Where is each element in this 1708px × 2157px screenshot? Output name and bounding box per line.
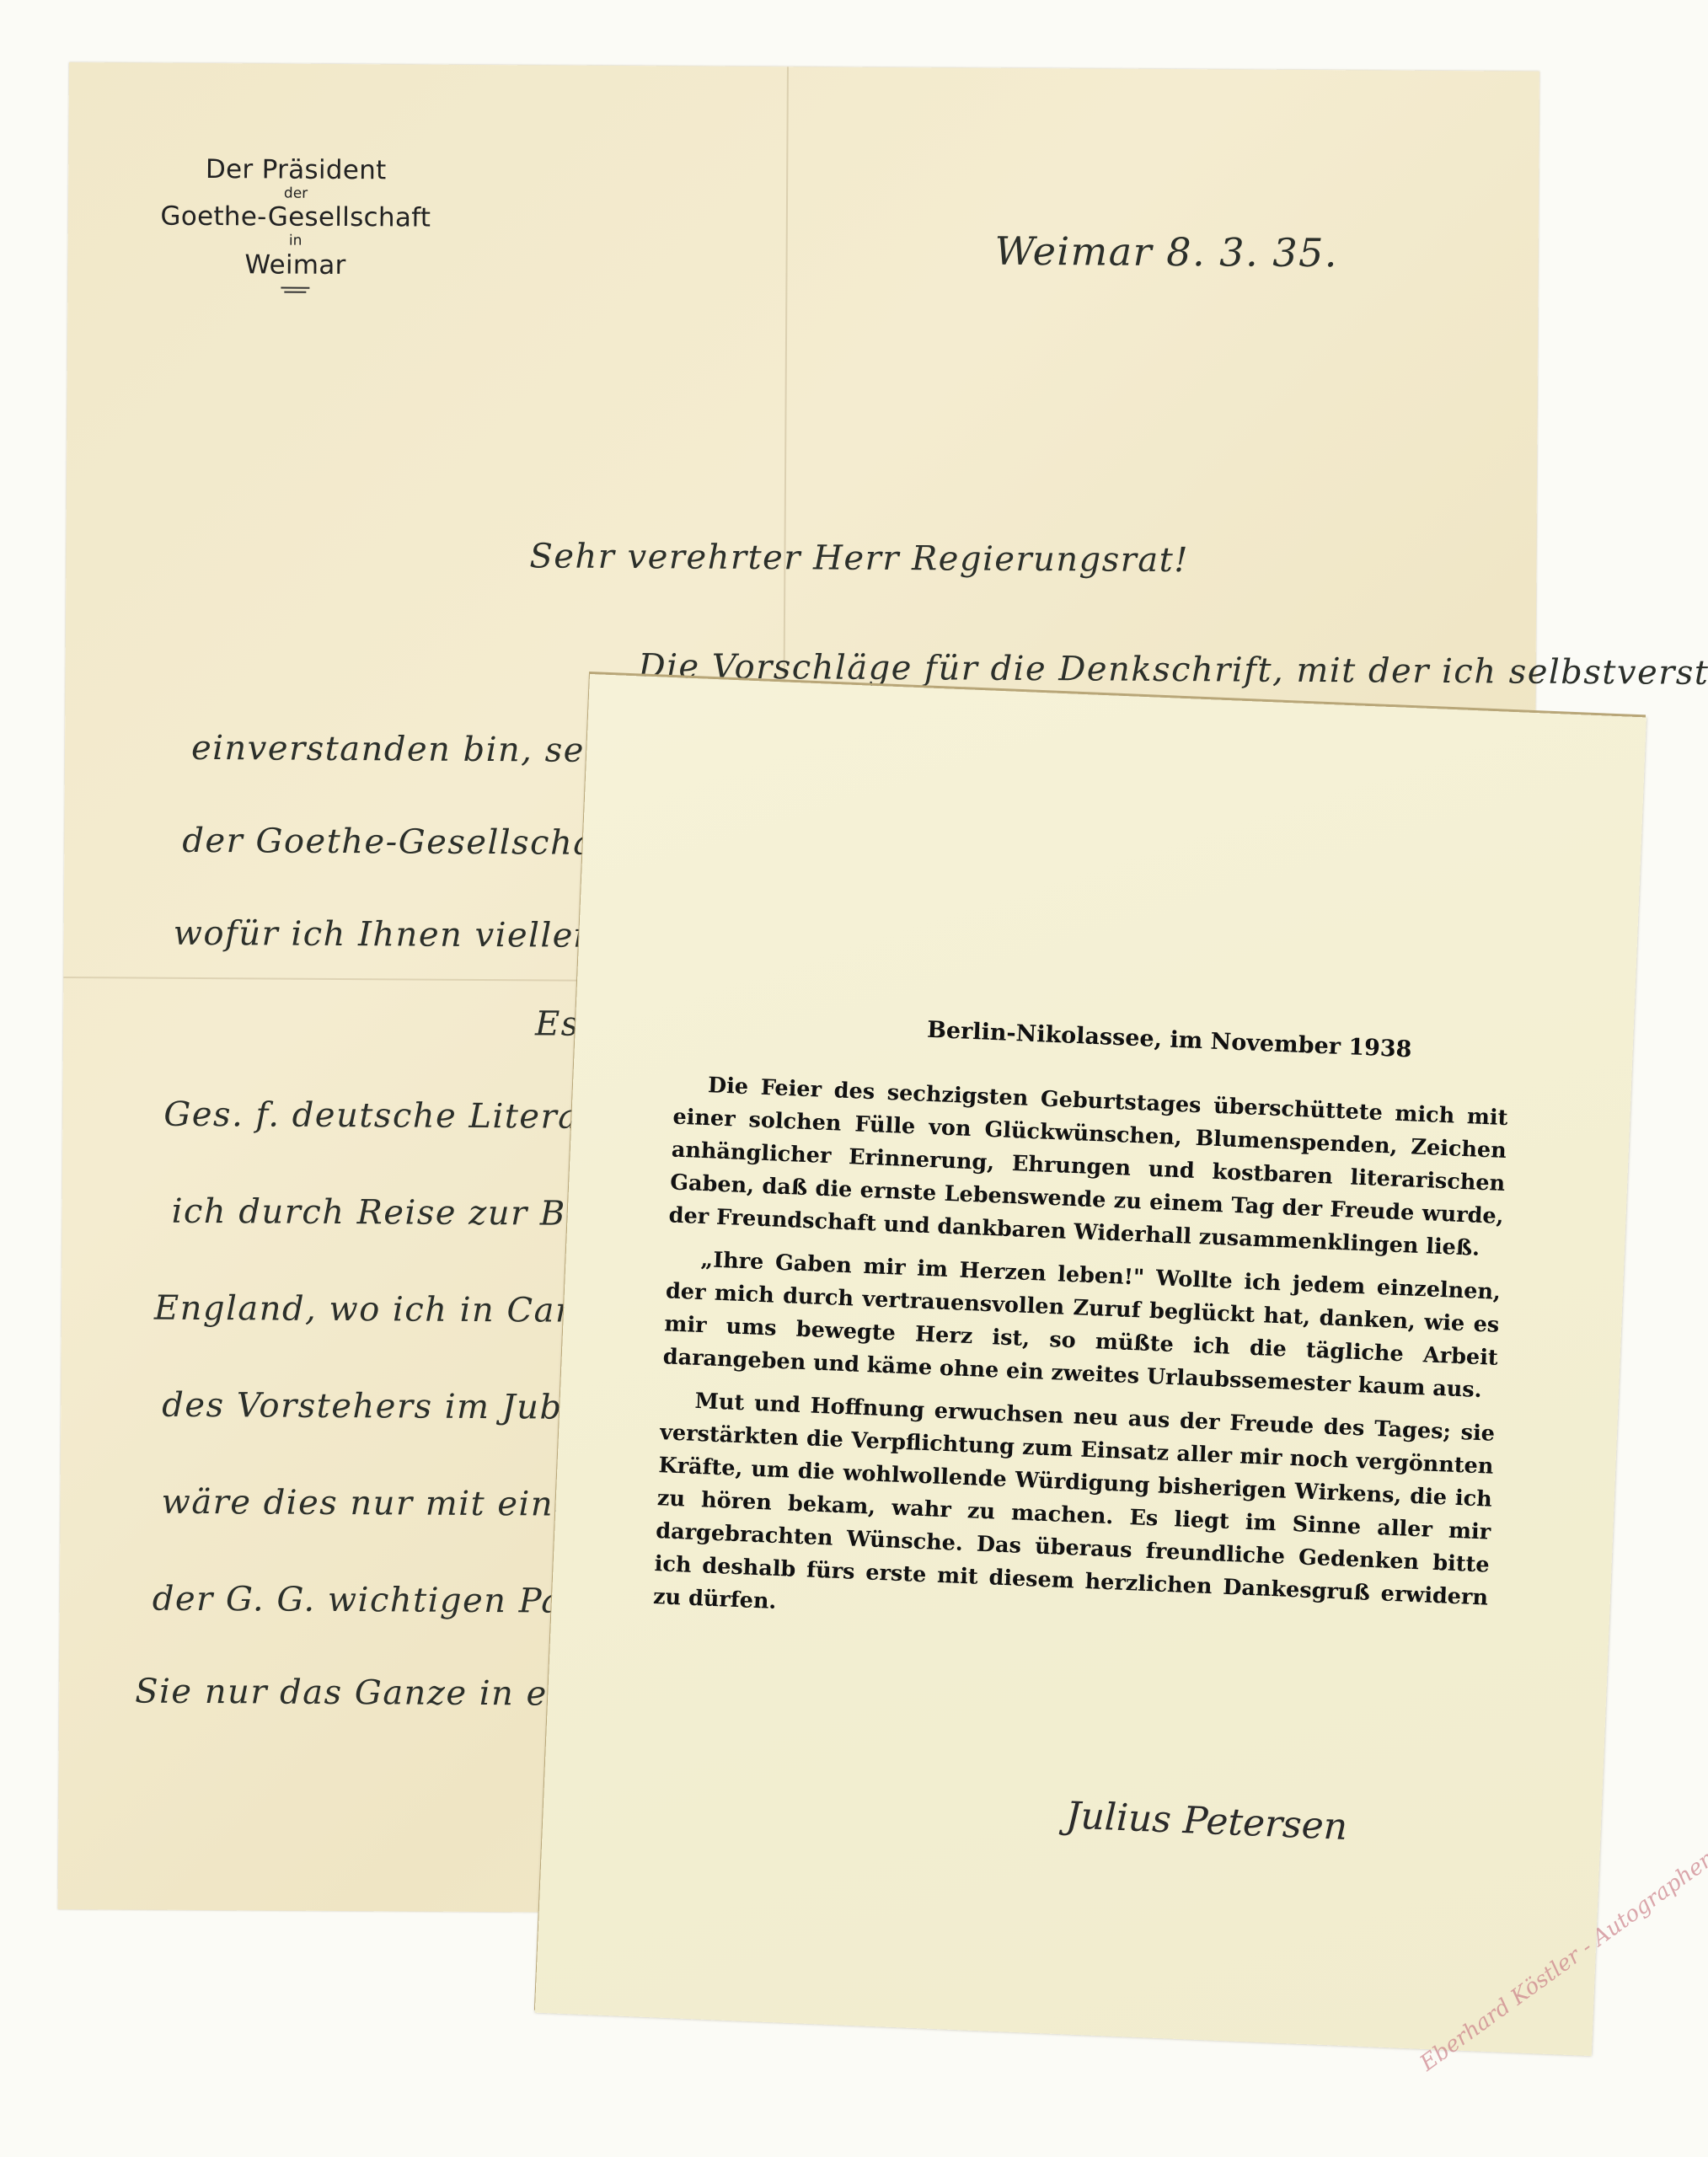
card-paragraph: Die Feier des sechzigsten Geburtstages ü…	[668, 1068, 1508, 1266]
letterhead-der: der	[148, 185, 443, 202]
letterhead-city: Weimar	[147, 250, 442, 280]
letterhead-rule-short	[284, 292, 306, 293]
letterhead-rule	[281, 287, 309, 289]
letterhead-title: Der Präsident	[148, 156, 443, 185]
card-place-date: Berlin-Nikolassee, im November 1938	[827, 1013, 1511, 1067]
card-paragraph: Mut und Hoffnung erwuchsen neu aus der F…	[652, 1384, 1495, 1647]
printed-thank-you-card: Berlin-Nikolassee, im November 1938 Die …	[535, 674, 1646, 2056]
letter-date: Weimar 8. 3. 35.	[994, 228, 1338, 276]
letterhead: Der Präsident der Goethe-Gesellschaft in…	[147, 156, 443, 294]
card-paragraph: „Ihre Gaben mir im Herzen leben!" Wollte…	[662, 1242, 1502, 1407]
card-signature: Julius Petersen	[1065, 1794, 1348, 1849]
letterhead-society: Goethe-Gesellschaft	[148, 203, 443, 233]
letter-salutation: Sehr verehrter Herr Regierungsrat!	[529, 537, 1189, 580]
letterhead-in: in	[148, 233, 443, 250]
card-body: Berlin-Nikolassee, im November 1938 Die …	[652, 1007, 1511, 1658]
